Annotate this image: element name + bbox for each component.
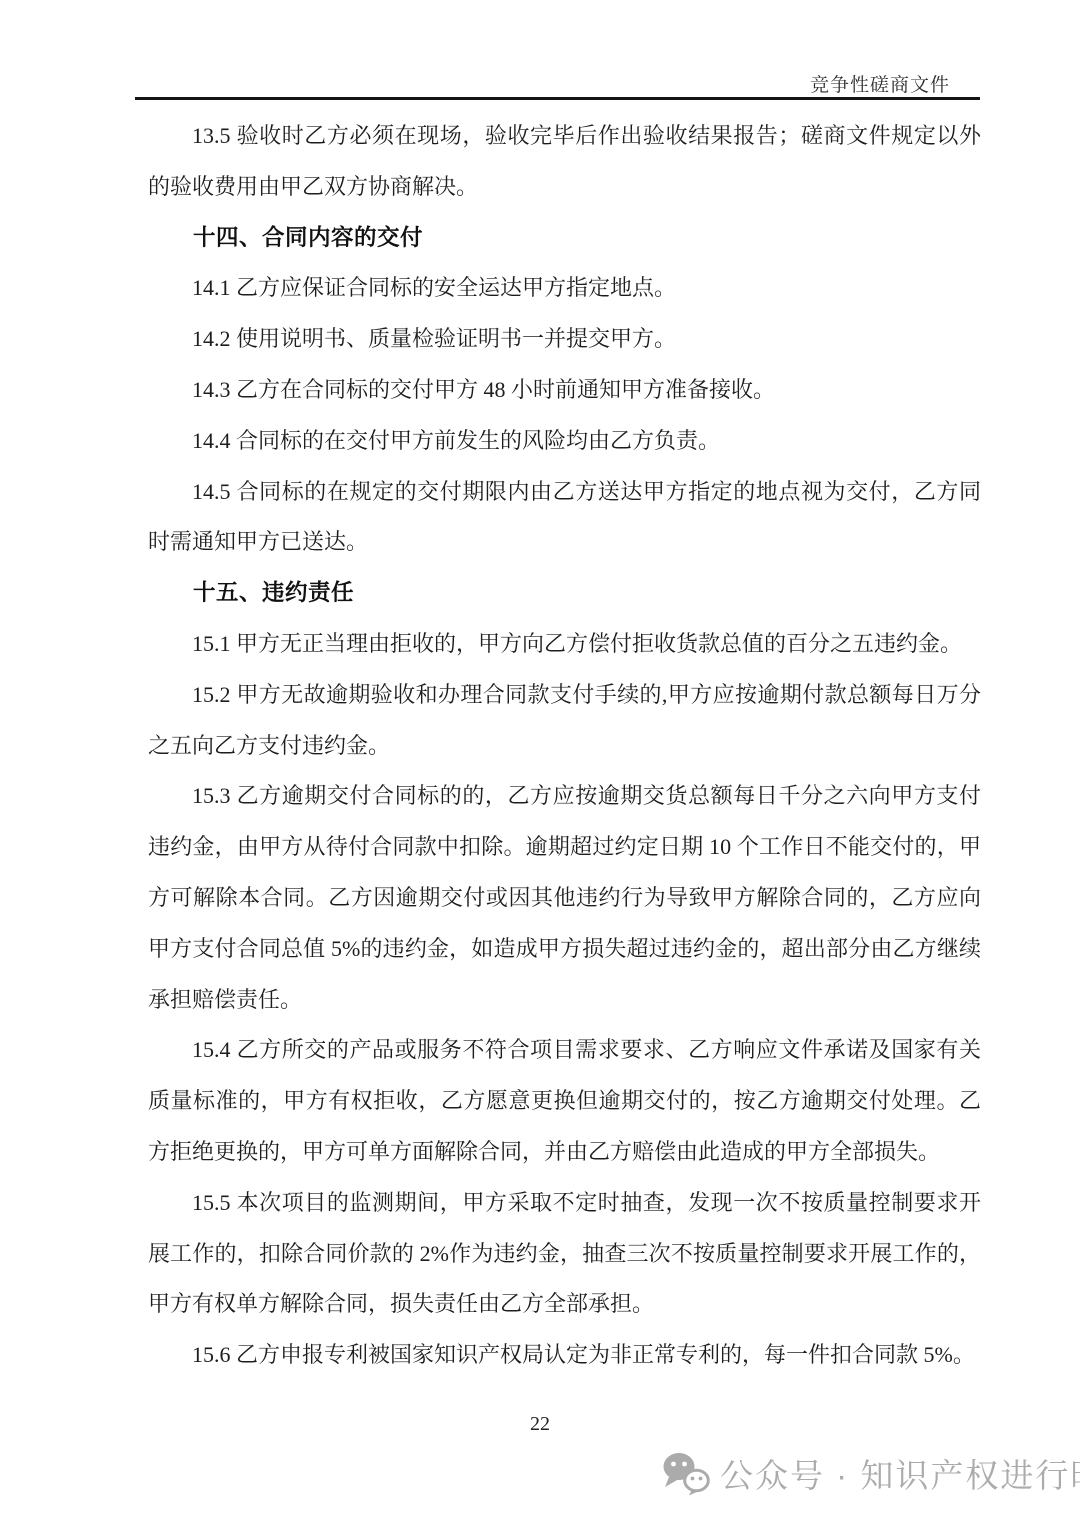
paragraph: 13.5 验收时乙方必须在现场，验收完毕后作出验收结果报告；磋商文件规定以外的验… (148, 111, 981, 213)
header-title: 竞争性磋商文件 (810, 70, 950, 97)
paragraph: 15.3 乙方逾期交付合同标的的，乙方应按逾期交货总额每日千分之六向甲方支付违约… (148, 771, 981, 1025)
paragraph: 15.5 本次项目的监测期间，甲方采取不定时抽查，发现一次不按质量控制要求开展工… (148, 1178, 981, 1330)
paragraph: 15.1 甲方无正当理由拒收的，甲方向乙方偿付拒收货款总值的百分之五违约金。 (148, 619, 981, 670)
wechat-icon (662, 1452, 710, 1496)
document-page: 竞争性磋商文件 13.5 验收时乙方必须在现场，验收完毕后作出验收结果报告；磋商… (0, 0, 1080, 1527)
paragraph: 15.2 甲方无故逾期验收和办理合同款支付手续的,甲方应按逾期付款总额每日万分之… (148, 670, 981, 772)
paragraph: 14.3 乙方在合同标的交付甲方 48 小时前通知甲方准备接收。 (148, 365, 981, 416)
paragraph: 14.2 使用说明书、质量检验证明书一并提交甲方。 (148, 314, 981, 365)
watermark: 公众号 · 知识产权进行时 (662, 1450, 1080, 1497)
document-body: 13.5 验收时乙方必须在现场，验收完毕后作出验收结果报告；磋商文件规定以外的验… (148, 111, 981, 1381)
paragraph: 14.4 合同标的在交付甲方前发生的风险均由乙方负责。 (148, 416, 981, 467)
paragraph: 14.1 乙方应保证合同标的安全运达甲方指定地点。 (148, 263, 981, 314)
paragraph: 15.6 乙方申报专利被国家知识产权局认定为非正常专利的，每一件扣合同款 5%。 (148, 1330, 981, 1381)
section-heading: 十五、违约责任 (148, 568, 981, 619)
section-heading: 十四、合同内容的交付 (148, 213, 981, 264)
watermark-text: 公众号 · 知识产权进行时 (720, 1450, 1080, 1497)
paragraph: 15.4 乙方所交的产品或服务不符合项目需求要求、乙方响应文件承诺及国家有关质量… (148, 1025, 981, 1177)
header-rule (135, 97, 980, 100)
paragraph: 14.5 合同标的在规定的交付期限内由乙方送达甲方指定的地点视为交付，乙方同时需… (148, 467, 981, 569)
page-number: 22 (0, 1413, 1080, 1436)
